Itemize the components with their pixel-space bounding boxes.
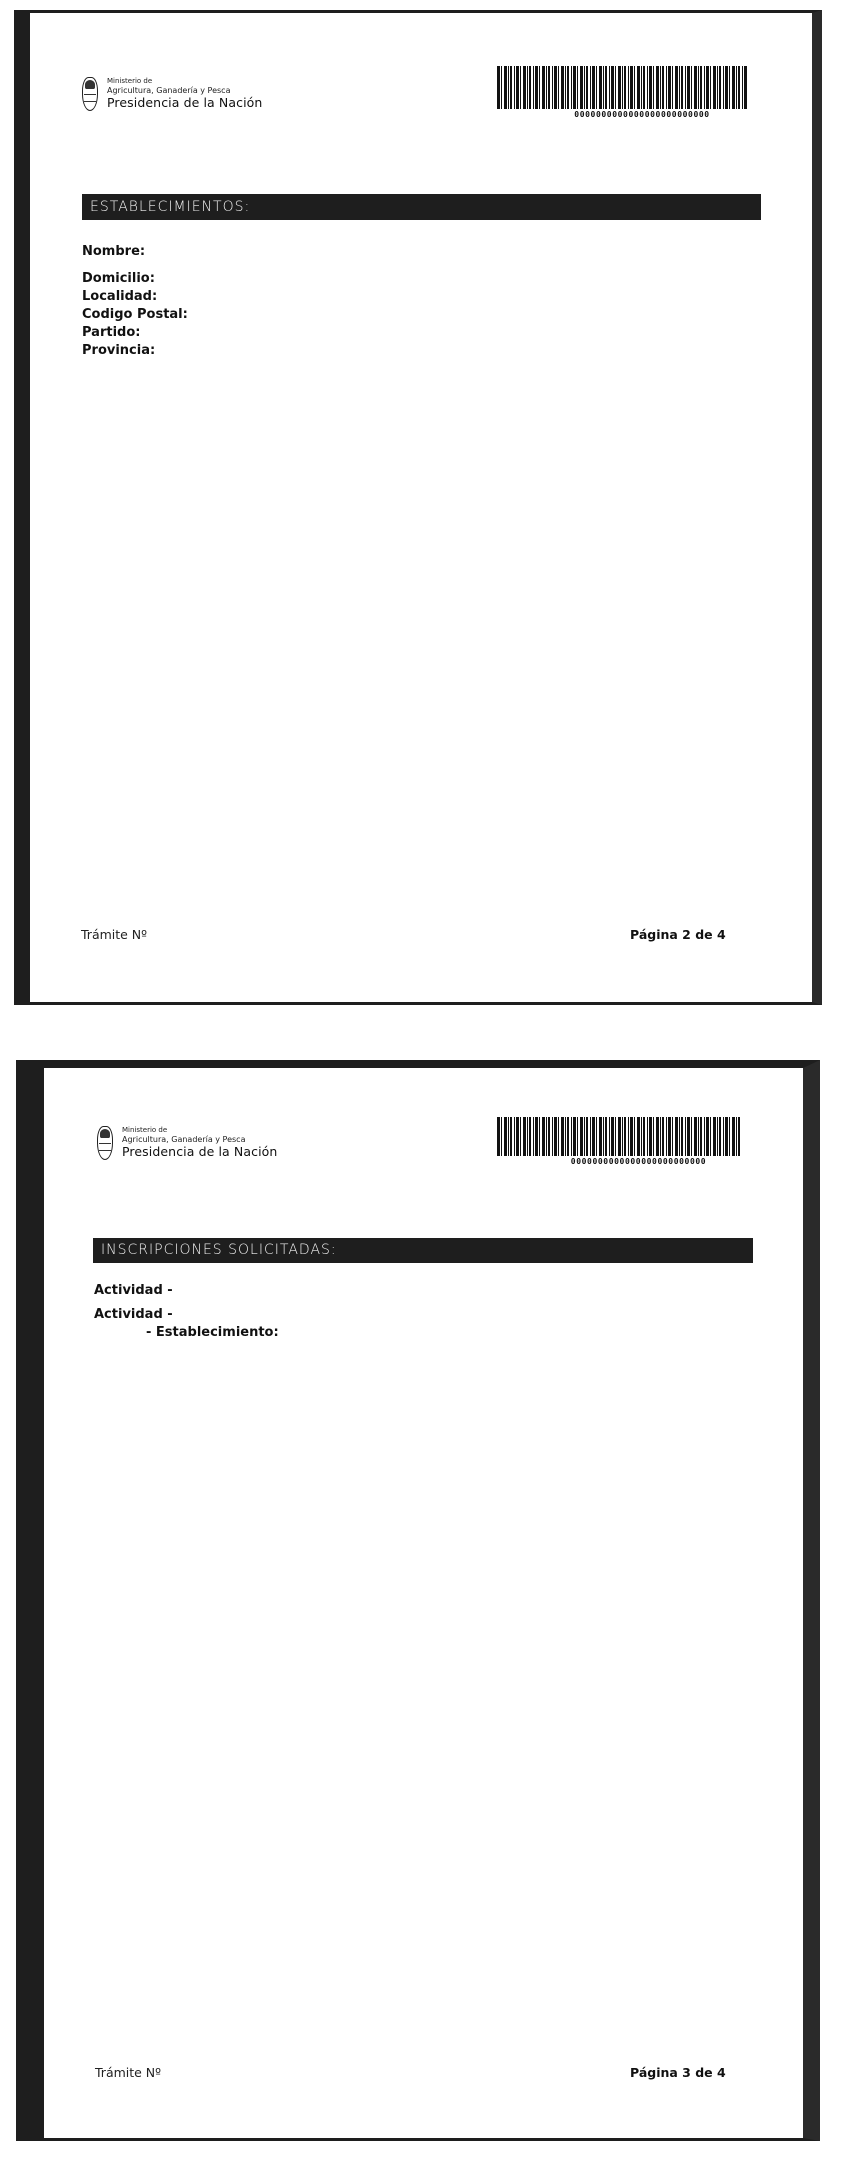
tramite-number: Trámite Nº xyxy=(95,2065,161,2080)
field-actividad-1: Actividad - xyxy=(94,1282,173,1300)
logo-ministry-name: Agricultura, Ganadería y Pesca xyxy=(107,87,262,95)
field-establecimiento: - Establecimiento: xyxy=(146,1324,279,1342)
coat-of-arms-icon xyxy=(82,77,98,111)
barcode-bars xyxy=(497,1117,740,1156)
document-page-3: Ministerio de Agricultura, Ganadería y P… xyxy=(16,1060,820,2141)
section-header-inscripciones: INSCRIPCIONES SOLICITADAS: xyxy=(93,1238,753,1263)
field-localidad: Localidad: xyxy=(82,288,188,306)
page-number: Página 3 de 4 xyxy=(630,2065,726,2080)
field-provincia: Provincia: xyxy=(82,342,188,360)
barcode: 0000000000000000000000000 xyxy=(497,1117,740,1166)
logo-ministry-label: Ministerio de xyxy=(107,78,262,85)
barcode-digits: 0000000000000000000000000 xyxy=(574,110,709,119)
section-header-establecimientos: ESTABLECIMIENTOS: xyxy=(82,194,761,220)
logo-ministry-label: Ministerio de xyxy=(122,1127,277,1134)
barcode: 0000000000000000000000000 xyxy=(497,66,747,119)
field-codigo-postal: Codigo Postal: xyxy=(82,306,188,324)
barcode-bars xyxy=(497,66,747,109)
logo-presidency: Presidencia de la Nación xyxy=(122,1146,277,1159)
tramite-number: Trámite Nº xyxy=(81,927,147,942)
document-page-2: Ministerio de Agricultura, Ganadería y P… xyxy=(14,10,822,1005)
ministry-logo: Ministerio de Agricultura, Ganadería y P… xyxy=(97,1126,277,1160)
field-actividad-2: Actividad - xyxy=(94,1306,173,1324)
page-number: Página 2 de 4 xyxy=(630,927,726,942)
address-fields: Domicilio: Localidad: Codigo Postal: Par… xyxy=(82,270,188,360)
logo-presidency: Presidencia de la Nación xyxy=(107,97,262,110)
barcode-digits: 0000000000000000000000000 xyxy=(571,1157,706,1166)
ministry-logo: Ministerio de Agricultura, Ganadería y P… xyxy=(82,77,262,111)
field-domicilio: Domicilio: xyxy=(82,270,188,288)
field-nombre: Nombre: xyxy=(82,243,145,261)
logo-ministry-name: Agricultura, Ganadería y Pesca xyxy=(122,1136,277,1144)
coat-of-arms-icon xyxy=(97,1126,113,1160)
field-partido: Partido: xyxy=(82,324,188,342)
